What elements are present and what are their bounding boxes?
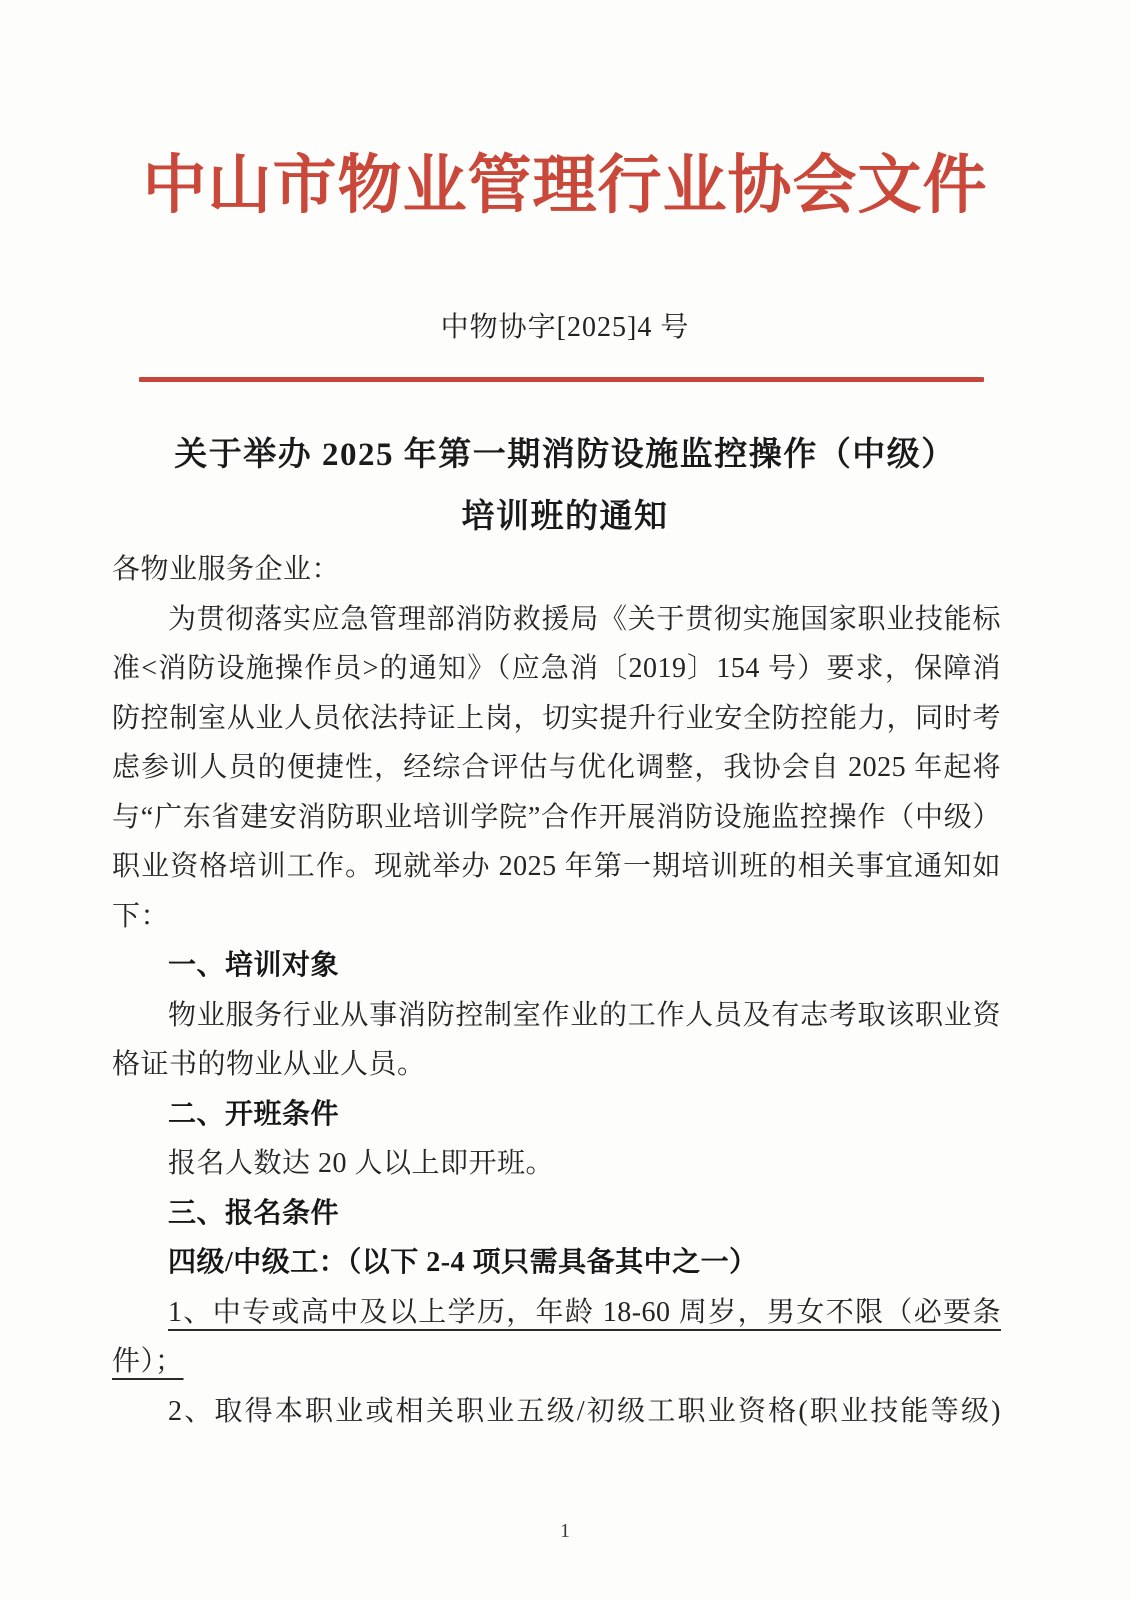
body-line: 物业服务行业从事消防控制室作业的工作人员及有志考取该职业资: [112, 991, 1001, 1041]
body-line: 防控制室从业人员依法持证上岗，切实提升行业安全防控能力，同时考: [112, 694, 1001, 744]
body-line: 格证书的物业从业人员。: [112, 1040, 1001, 1090]
document-title-line-2: 培训班的通知: [0, 486, 1130, 548]
body-line: 职业资格培训工作。现就举办 2025 年第一期培训班的相关事宜通知如: [112, 842, 1001, 892]
body-line: 为贯彻落实应急管理部消防救援局《关于贯彻实施国家职业技能标: [112, 595, 1001, 645]
section-heading-2: 二、开班条件: [112, 1090, 1001, 1140]
body-line-underlined: 件）；: [112, 1337, 1001, 1387]
letterhead-title: 中山市物业管理行业协会文件: [0, 146, 1130, 226]
page-number: 1: [0, 1520, 1130, 1543]
body-line: 与“广东省建安消防职业培训学院”合作开展消防设施监控操作（中级）: [112, 793, 1001, 843]
subsection-heading: 四级/中级工：（以下 2-4 项只需具备其中之一）: [112, 1238, 1001, 1288]
body-line: 准<消防设施操作员>的通知》（应急消〔2019〕154 号）要求，保障消: [112, 644, 1001, 694]
red-divider-line: [139, 377, 984, 382]
body-line: 报名人数达 20 人以上即开班。: [112, 1139, 1001, 1189]
document-title-line-1: 关于举办 2025 年第一期消防设施监控操作（中级）: [0, 424, 1130, 486]
document-title: 关于举办 2025 年第一期消防设施监控操作（中级） 培训班的通知: [0, 424, 1130, 548]
document-number: 中物协字[2025]4 号: [0, 308, 1130, 348]
document-body: 各物业服务企业： 为贯彻落实应急管理部消防救援局《关于贯彻实施国家职业技能标 准…: [112, 545, 1001, 1436]
body-line-underlined: 1、中专或高中及以上学历，年龄 18-60 周岁，男女不限（必要条: [112, 1288, 1001, 1338]
body-line: 虑参训人员的便捷性，经综合评估与优化调整，我协会自 2025 年起将: [112, 743, 1001, 793]
scanned-document-page: 中山市物业管理行业协会文件 中物协字[2025]4 号 关于举办 2025 年第…: [0, 0, 1130, 1600]
section-heading-3: 三、报名条件: [112, 1189, 1001, 1239]
body-line: 下：: [112, 892, 1001, 942]
section-heading-1: 一、培训对象: [112, 941, 1001, 991]
body-line: 2、取得本职业或相关职业五级/初级工职业资格(职业技能等级): [112, 1387, 1001, 1437]
salutation-line: 各物业服务企业：: [112, 545, 1001, 595]
